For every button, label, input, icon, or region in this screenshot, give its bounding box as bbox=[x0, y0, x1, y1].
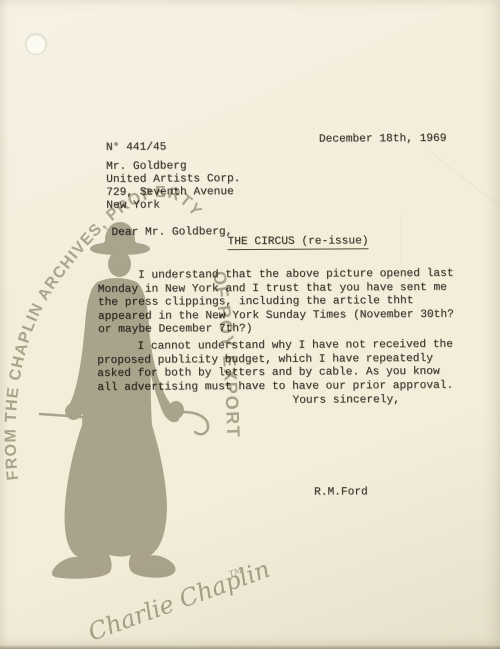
recipient-address: Mr. Goldberg United Artists Corp. 729, S… bbox=[106, 160, 241, 212]
reference-number: N° 441/45 bbox=[106, 142, 167, 154]
body-paragraph-2: I cannot understand why I have not recei… bbox=[97, 339, 453, 396]
scanned-letter-page: N° 441/45 December 18th, 1969 Mr. Goldbe… bbox=[0, 0, 500, 649]
typed-text-layer: N° 441/45 December 18th, 1969 Mr. Goldbe… bbox=[0, 0, 500, 649]
hole-punch bbox=[25, 33, 47, 55]
salutation: Dear Mr. Goldberg, bbox=[111, 226, 232, 239]
typed-signatory: R.M.Ford bbox=[314, 486, 368, 498]
closing-line: Yours sincerely, bbox=[292, 394, 399, 407]
subject-line: THE CIRCUS (re-issue) bbox=[227, 235, 368, 250]
letter-date: December 18th, 1969 bbox=[319, 133, 447, 146]
body-paragraph-1: I understand that the above picture open… bbox=[98, 268, 454, 338]
scan-edge-shadow bbox=[0, 645, 500, 649]
